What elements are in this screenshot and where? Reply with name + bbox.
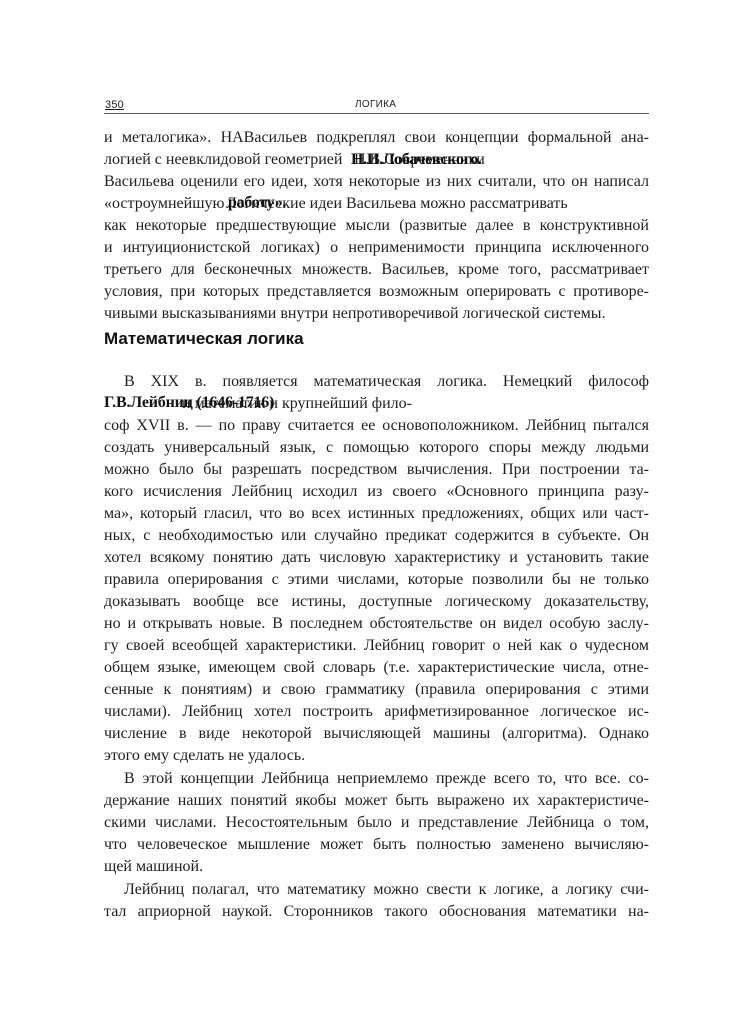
text-line: тал априорной наукой. Сторонников такого…: [104, 902, 649, 922]
text-line: условия, при которых представляется возм…: [104, 282, 649, 302]
text-line: щей машиной.: [104, 857, 649, 877]
text-line: числение в виде некоторой вычисляющей ма…: [104, 724, 649, 744]
text-line: чивыми высказываниями внутри непротиворе…: [104, 304, 649, 324]
text-line: третьего для бесконечных множеств. Васил…: [104, 260, 649, 280]
text-line: и интуиционистской логиках) о неприменим…: [104, 238, 649, 258]
text-line: и металогика». НАВасильев подкреплял сво…: [104, 128, 649, 148]
overlaid-name: Н.И.Лобачевского.: [351, 150, 482, 170]
text-line: ных, с необходимостью или случайно преди…: [104, 526, 649, 546]
text-line: В этой концепции Лейбница неприемлемо пр…: [104, 769, 649, 789]
text-line: В XIX в. появляется математическая логик…: [104, 372, 649, 392]
text-fragment: «остроумнейшую: [104, 195, 225, 212]
book-page: 350 ЛОГИКА и металогика». НАВасильев под…: [0, 0, 736, 1024]
text-line: но и открывать новые. В последнем обстоя…: [104, 614, 649, 634]
overlaid-word: работу».: [228, 193, 286, 213]
text-line: числами). Лейбниц хотел построить арифме…: [104, 702, 649, 722]
text-line: сенные к понятиям) и свою грамматику (пр…: [104, 680, 649, 700]
text-line: гу своей всеобщей характеристики. Лейбни…: [104, 636, 649, 656]
text-line: доказывать вообще все истины, доступные …: [104, 592, 649, 612]
text-line: скими числами. Несостоятельным было и пр…: [104, 813, 649, 833]
text-line: общем языке, имеющем свой словарь (т.е. …: [104, 658, 649, 678]
section-heading: Математическая логика: [104, 328, 304, 350]
text-line: держание наших понятий якобы может быть …: [104, 791, 649, 811]
running-head: 350 ЛОГИКА: [104, 99, 649, 114]
page-number: 350: [105, 99, 124, 111]
text-line: правила оперирования с этими числами, ко…: [104, 570, 649, 590]
text-line: этого ему сделать не удалось.: [104, 746, 649, 766]
text-line: соф XVII в. — по праву считается ее осно…: [104, 416, 649, 436]
overlaid-name: Г.В.Лейбниц (1646-1716): [104, 393, 274, 413]
text-line: кого исчисления Лейбниц исходил из своег…: [104, 482, 649, 502]
text-line: создать универсальный язык, с помощью ко…: [104, 438, 649, 458]
text-line: «остроумнейшую Логические идеи Васильева…: [104, 194, 649, 214]
text-line: как некоторые предшествующие мысли (разв…: [104, 216, 649, 236]
text-line: ма», который гласил, что во всех истинны…: [104, 504, 649, 524]
text-line: можно было бы разрешать посредством вычи…: [104, 460, 649, 480]
text-fragment: логией с неевклидовой геометрией: [104, 151, 342, 168]
text-line: хотел всякому понятию дать числовую хара…: [104, 548, 649, 568]
text-line: Лейбниц полагал, что математику можно св…: [104, 880, 649, 900]
running-head-title: ЛОГИКА: [355, 99, 396, 110]
text-line: что человеческое мышление может быть пол…: [104, 835, 649, 855]
text-line: Васильева оценили его идеи, хотя некотор…: [104, 172, 649, 192]
